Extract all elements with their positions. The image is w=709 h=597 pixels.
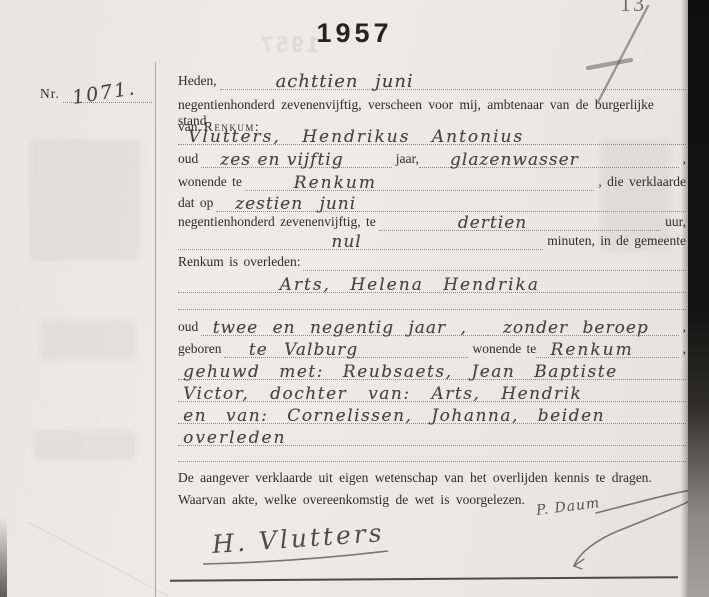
deceased-occupation-value: zonder beroep [503,319,649,339]
dat-op-label: dat op [178,195,216,212]
print-through-smudge [35,430,135,460]
deceased-name-value: Arts, Helena Hendrika [280,276,540,296]
deceased-oud-label: oud [178,319,201,336]
book-edge-shadow [688,0,709,597]
deceased-residence-value: Renkum [551,341,634,361]
row-empty-rule [178,454,686,462]
row-death-minute: nul minuten, in de gemeente [178,233,686,250]
declarant-occupation-value: glazenwasser [450,151,579,171]
faint-pencil-line [28,522,168,596]
row-declarant-name: Vlutters, Hendrikus Antonius [178,128,686,145]
closing-line-2: Waarvan akte, welke overeenkomstig de we… [178,492,686,508]
row-marital-1: gehuwd met: Reubsaets, Jean Baptiste [178,363,686,380]
deceased-birthplace-value: te Valburg [249,341,358,361]
row-declarant-residence: wonende te Renkum , die verklaarde [178,174,686,191]
declarant-age-value: zes en vijftig [220,151,343,171]
row-deceased-birth-residence: geboren te Valburg wonende te Renkum , [178,341,686,358]
heden-label: Heden, [178,73,220,90]
declarant-residence-value: Renkum [294,174,377,194]
overleden-label: Renkum is overleden: [178,254,303,271]
row-death-date: dat op zestien juni [178,195,686,212]
page-curl-shadow [681,0,688,597]
row-heden: Heden, achttien juni [178,73,686,90]
wonende-te-label: wonende te [178,174,245,191]
row-marital-2: Victor, dochter van: Arts, Hendrik [178,385,686,402]
minuten-label: minuten, in de gemeente [543,233,686,250]
declarant-signature: H. Vlutters [211,518,385,559]
heden-blank: achttien juni [220,72,686,90]
row-deceased-name: Arts, Helena Hendrika [178,276,686,293]
row-marital-3: en van: Cornelissen, Johanna, beiden [178,407,686,424]
act-number-value: 1071. [70,77,137,109]
jaar-label: jaar, [392,151,419,168]
row-declarant-age-occupation: oud zes en vijftig jaar, glazenwasser , [178,151,686,168]
row-deceased-age-occupation: oud twee en negentig jaar , zonder beroe… [178,319,686,336]
geboren-label: geboren [178,341,224,358]
die-verklaarde-label: , die verklaarde [594,174,686,191]
row-marital-4: overleden [178,429,686,446]
print-through-smudge [30,140,140,260]
page-number: 13 [620,0,646,17]
marital-line2-value: Victor, dochter van: Arts, Hendrik [183,385,582,405]
row-empty-rule [178,300,686,310]
print-through-smudge [40,320,135,360]
page-title-year: 1957 [0,18,709,49]
act-number-block: Nr. 1071. [40,86,152,103]
date-of-act-value: achttien juni [276,72,414,93]
act-number-label: Nr. [40,86,63,103]
death-minute-value: nul [331,233,361,253]
marital-line3-value: en van: Cornelissen, Johanna, beiden [183,407,605,427]
row-death-hour: negentienhonderd zevenenvijftig, te dert… [178,214,686,231]
row-overleden-label: Renkum is overleden: [178,254,686,271]
death-certificate-scan: 1957 1957 13 Nr. 1071. Heden, achttien j… [0,0,709,597]
death-day-value: zestien juni [235,195,356,215]
column-divider-line [155,62,156,597]
left-corner-edge-shadow [0,517,7,597]
marital-line4-value: overleden [183,429,286,449]
wonende-te2-label: wonende te [468,341,536,358]
deceased-age-value: twee en negentig jaar , [213,319,467,339]
bottom-rule-line [170,576,678,582]
declarant-name-value: Vlutters, Hendrikus Antonius [188,128,524,148]
year-te-label: negentienhonderd zevenenvijftig, te [178,214,379,231]
marital-line1-value: gehuwd met: Reubsaets, Jean Baptiste [183,363,618,383]
oud-label: oud [178,151,201,168]
act-number-blank: 1071. [63,86,152,103]
closing-line-1: De aangever verklaarde uit eigen wetensc… [178,470,686,486]
